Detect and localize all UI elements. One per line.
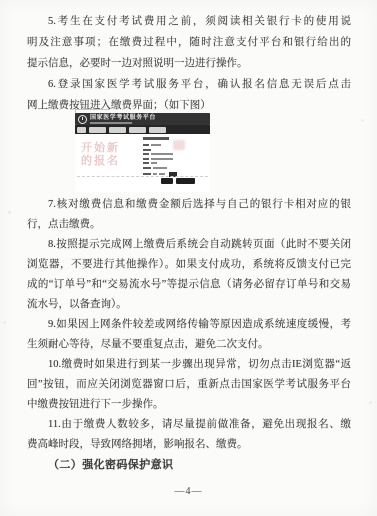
text-line: 7.核对缴费信息和缴费金额后选择与自己的银行卡相对应的银 (27, 195, 351, 215)
watermark-line1: 开始新 (81, 142, 120, 155)
form-row (143, 144, 187, 146)
document-page: 5.考生在支付考试费用之前，须阅读相关银行卡的使用说明及注意事项；在缴费过程中，… (0, 0, 377, 516)
watermark-line2: 的报名 (81, 155, 120, 168)
paragraphs-top: 5.考生在支付考试费用之前，须阅读相关银行卡的使用说明及注意事项；在缴费过程中，… (27, 11, 351, 116)
text-line: 浏览器，不要进行其他操作）。如果支付成功，系统将反馈支付已完 (27, 255, 351, 275)
nav-button-2[interactable] (89, 127, 106, 133)
text-line: 提示信息，必要时一边对照说明一边进行操作。 (27, 53, 351, 74)
form-row (143, 153, 187, 155)
nav-button-1[interactable] (77, 127, 86, 133)
text-line: 8.按照提示完成网上缴费后系统会自动跳转页面（此时不要关闭 (27, 235, 351, 255)
platform-subtitle-bar (90, 122, 132, 124)
embedded-payment-screenshot: 国家医学考试服务平台 开始新 的报名 (75, 109, 210, 192)
platform-title: 国家医学考试服务平台 (90, 115, 156, 121)
scan-noise (0, 0, 1, 1)
form-row (143, 162, 187, 164)
text-line: 中缴费按钮进行下一步操作。 (27, 395, 351, 415)
text-line: 流水号，以备查询）。 (27, 295, 351, 315)
text-line: 9.如果因上网条件较差或网络传输等原因造成系统速度缓慢，考 (27, 315, 351, 335)
paragraphs-bottom: 7.核对缴费信息和缴费金额后选择与自己的银行卡相对应的银行，点击缴费。8.按照提… (27, 195, 351, 475)
screenshot-body: 开始新 的报名 (75, 134, 210, 192)
text-line: （二）强化密码保护意识 (27, 455, 351, 475)
page-number: —4— (0, 486, 377, 497)
platform-title-block: 国家医学考试服务平台 (90, 115, 156, 124)
text-line: 行，点击缴费。 (27, 215, 351, 235)
text-line: 费高峰时段，导致网络拥堵，影响报名、缴费。 (27, 435, 351, 455)
nav-button-4[interactable] (129, 127, 146, 133)
form-row (143, 158, 187, 160)
text-line: 11.由于缴费人数较多，请尽量提前做准备，避免出现报名、缴 (27, 415, 351, 435)
text-line: 明及注意事项；在缴费过程中，随时注意支付平台和银行给出的 (27, 32, 351, 53)
form-row (143, 149, 187, 151)
watermark-text: 开始新 的报名 (81, 142, 120, 167)
text-line: 10.缴费时如果进行到某一步骤出现异常，切勿点击IE浏览器“返 (27, 355, 351, 375)
platform-logo-icon (78, 115, 87, 124)
screenshot-header-bar: 国家医学考试服务平台 (75, 113, 210, 125)
text-line: 回”按钮，而应关闭浏览器窗口后，重新点击国家医学考试服务平台 (27, 375, 351, 395)
pay-online-button[interactable] (176, 178, 195, 184)
form-row (143, 167, 187, 169)
payment-info-form (143, 137, 187, 179)
text-line: 生须耐心等待，尽量不要重复点击，避免二次支付。 (27, 335, 351, 355)
nav-button-5[interactable] (149, 127, 166, 133)
form-action-buttons (161, 178, 195, 184)
form-divider (77, 176, 208, 177)
confirm-button[interactable] (161, 178, 173, 184)
screenshot-nav-bar (75, 125, 210, 134)
nav-button-3[interactable] (109, 127, 126, 133)
form-title-bar (143, 137, 169, 140)
text-line: 成的“订单号”和“交易流水号”等提示信息（请务必留存订单号和交易 (27, 275, 351, 295)
text-line: 6.登录国家医学考试服务平台，确认报名信息无误后点击 (27, 74, 351, 95)
text-line: 5.考生在支付考试费用之前，须阅读相关银行卡的使用说 (27, 11, 351, 32)
